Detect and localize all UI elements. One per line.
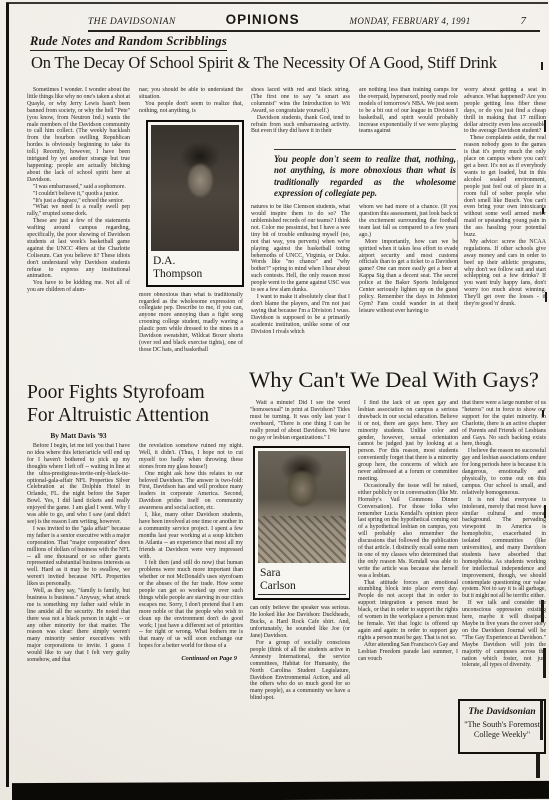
newspaper-page: THE DAVIDSONIAN OPINIONS MONDAY, FEBRUAR… bbox=[0, 0, 549, 800]
decay-column-2-top: nae; you should be able to understand th… bbox=[139, 87, 243, 115]
article-styrofoam-headline: Poor Fights Styrofoam For Altruistic Att… bbox=[27, 381, 257, 427]
byline: By Matt Davis '93 bbox=[27, 431, 130, 440]
page-header: THE DAVIDSONIAN OPINIONS MONDAY, FEBRUAR… bbox=[88, 12, 540, 27]
photo-caption: Sara Carlson bbox=[258, 563, 346, 595]
promo-tagline: "The South's Foremost College Weekly" bbox=[460, 720, 544, 740]
styrofoam-column-1: Before I begin, let me tell you that I h… bbox=[27, 443, 130, 765]
decay-column-3-top: shoes laced with red and black string. (… bbox=[251, 87, 350, 144]
photo-caption-line2: Carlson bbox=[260, 580, 345, 593]
article-decay-headline: On The Decay Of School Spirit & The Nece… bbox=[31, 53, 547, 73]
promo-box: The Davidsonian "The South's Foremost Co… bbox=[458, 699, 546, 754]
pull-quote: You people don't seem to realize that, n… bbox=[274, 149, 456, 199]
scan-edge-top bbox=[6, 2, 548, 4]
date-label: MONDAY, FEBRUARY 4, 1991 bbox=[350, 16, 471, 26]
continued-notice: Continued on Page 9 bbox=[139, 655, 243, 662]
masthead-title: THE DAVIDSONIAN bbox=[88, 17, 176, 27]
article-gays-headline: Why Can't We Deal With Gays? bbox=[249, 367, 549, 393]
column-kicker: Rude Notes and Random Scribblings bbox=[30, 34, 227, 51]
styrofoam-column-2-text: the revelation somehow ruined my night. … bbox=[139, 443, 243, 650]
decay-column-1: Sometimes I wonder. I wonder about the l… bbox=[27, 87, 130, 363]
decay-column-3-bottom: natures to be like Clemson students, wha… bbox=[251, 204, 350, 362]
photo-caption-line2: Thompson bbox=[153, 268, 238, 281]
decay-columns-3-4: shoes laced with red and black string. (… bbox=[251, 87, 458, 367]
scan-edge-left bbox=[6, 3, 9, 787]
decay-column-2: nae; you should be able to understand th… bbox=[139, 87, 243, 367]
portrait-photo bbox=[258, 451, 346, 563]
header-rule bbox=[88, 30, 540, 32]
gays-column-b: I find the lack of an open gay and lesbi… bbox=[358, 400, 458, 770]
gays-column-a-bottom: can only believe the speaker was serious… bbox=[250, 605, 350, 702]
photo-caption-line1: Sara bbox=[260, 567, 345, 580]
author-photo-carlson: Sara Carlson bbox=[253, 446, 350, 600]
styrofoam-column-2: the revelation somehow ruined my night. … bbox=[139, 443, 243, 765]
page-number: 7 bbox=[520, 15, 540, 27]
decay-column-2-bottom: more obnoxious than what is traditionall… bbox=[139, 292, 243, 354]
decay-column-4-bottom: whom we had more of a chance. (If you qu… bbox=[359, 204, 458, 362]
promo-title: The Davidsonian bbox=[460, 707, 544, 717]
portrait-photo bbox=[151, 125, 239, 251]
gays-column-c: that there were a large number of us "he… bbox=[462, 400, 546, 692]
photo-caption-line1: D.A. bbox=[153, 255, 238, 268]
gays-column-a-top: Wait a minute! Did I see the word "homos… bbox=[250, 400, 350, 441]
decay-column-4-top: are nothing less than training camps for… bbox=[359, 87, 458, 144]
gays-column-a: Wait a minute! Did I see the word "homos… bbox=[250, 400, 350, 766]
author-photo-thompson: D.A. Thompson bbox=[146, 120, 244, 287]
section-label: OPINIONS bbox=[226, 12, 300, 27]
scan-speck bbox=[536, 752, 540, 778]
decay-column-5: worry about getting a seat in advance. W… bbox=[464, 87, 546, 365]
photo-caption: D.A. Thompson bbox=[151, 251, 239, 282]
scan-bottom-bar bbox=[12, 781, 549, 800]
